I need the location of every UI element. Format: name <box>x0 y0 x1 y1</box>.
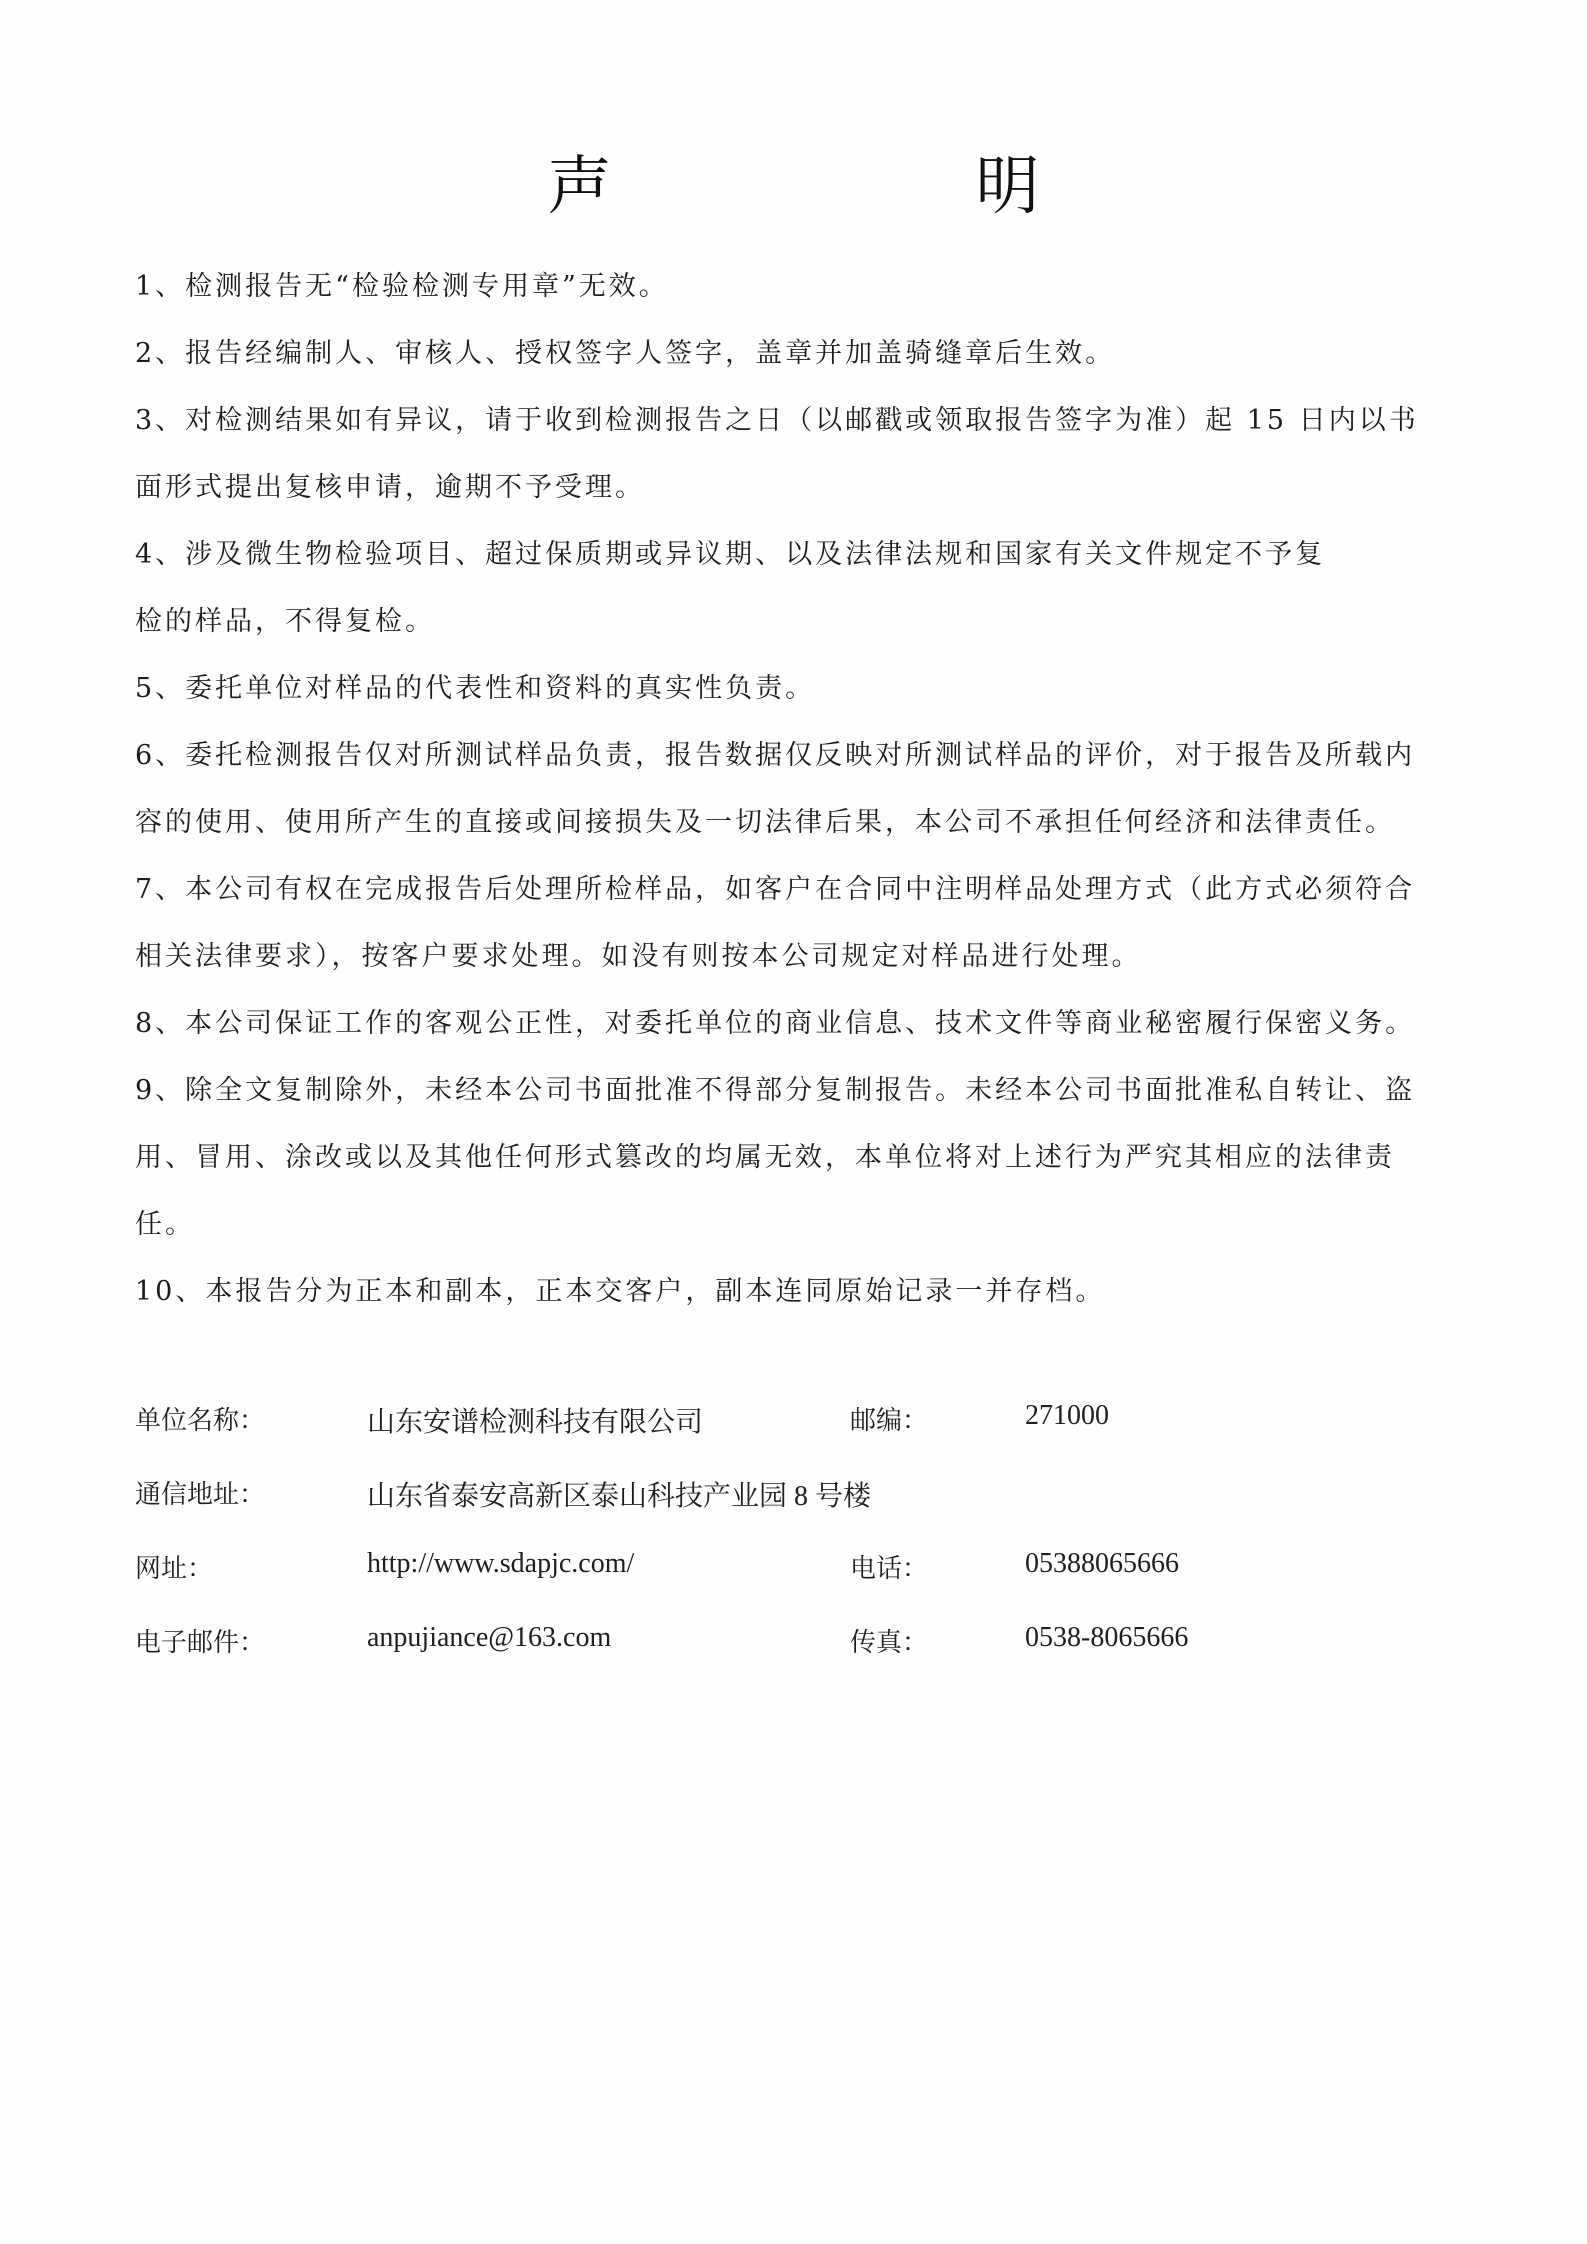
page-title: 声 明 <box>0 135 1587 227</box>
contact-row-company: 单位名称： 山东安谱检测科技有限公司 邮编： 271000 <box>135 1400 1335 1474</box>
clause-line: 6、委托检测报告仅对所测试样品负责，报告数据仅反映对所测试样品的评价，对于报告及… <box>135 731 1515 781</box>
address-label: 通信地址： <box>135 1474 265 1511</box>
clause-6: 6、委托检测报告仅对所测试样品负责，报告数据仅反映对所测试样品的评价，对于报告及… <box>135 731 1515 848</box>
website-label: 网址： <box>135 1548 213 1585</box>
clause-line: 5、委托单位对样品的代表性和资料的真实性负责。 <box>135 664 1515 714</box>
email-value[interactable]: anpujiance@163.com <box>367 1622 611 1654</box>
clause-line: 3、对检测结果如有异议，请于收到检测报告之日（以邮戳或领取报告签字为准）起 15… <box>135 396 1515 446</box>
clause-9: 9、除全文复制除外，未经本公司书面批准不得部分复制报告。未经本公司书面批准私自转… <box>135 1066 1515 1250</box>
clause-line: 2、报告经编制人、审核人、授权签字人签字，盖章并加盖骑缝章后生效。 <box>135 329 1515 379</box>
company-name-label: 单位名称： <box>135 1400 265 1437</box>
clause-line: 1、检测报告无“检验检测专用章”无效。 <box>135 262 1515 312</box>
phone-value: 05388065666 <box>1025 1548 1179 1580</box>
clause-line: 用、冒用、涂改或以及其他任何形式篡改的均属无效，本单位将对上述行为严究其相应的法… <box>135 1133 1515 1183</box>
clause-3: 3、对检测结果如有异议，请于收到检测报告之日（以邮戳或领取报告签字为准）起 15… <box>135 396 1515 513</box>
clause-line: 相关法律要求），按客户要求处理。如没有则按本公司规定对样品进行处理。 <box>135 932 1515 982</box>
clause-line: 10、本报告分为正本和副本，正本交客户，副本连同原始记录一并存档。 <box>135 1267 1515 1317</box>
document-page: 声 明 1、检测报告无“检验检测专用章”无效。 2、报告经编制人、审核人、授权签… <box>0 0 1587 2244</box>
clause-line: 面形式提出复核申请，逾期不予受理。 <box>135 463 1515 513</box>
clause-7: 7、本公司有权在完成报告后处理所检样品，如客户在合同中注明样品处理方式（此方式必… <box>135 865 1515 982</box>
clause-1: 1、检测报告无“检验检测专用章”无效。 <box>135 262 1515 312</box>
email-label: 电子邮件： <box>135 1622 265 1659</box>
website-value[interactable]: http://www.sdapjc.com/ <box>367 1548 634 1580</box>
clause-list: 1、检测报告无“检验检测专用章”无效。 2、报告经编制人、审核人、授权签字人签字… <box>135 262 1515 1334</box>
clause-line: 检的样品，不得复检。 <box>135 597 1515 647</box>
clause-line: 任。 <box>135 1200 1515 1250</box>
postcode-value: 271000 <box>1025 1400 1109 1432</box>
clause-line: 8、本公司保证工作的客观公正性，对委托单位的商业信息、技术文件等商业秘密履行保密… <box>135 999 1515 1049</box>
clause-5: 5、委托单位对样品的代表性和资料的真实性负责。 <box>135 664 1515 714</box>
clause-10: 10、本报告分为正本和副本，正本交客户，副本连同原始记录一并存档。 <box>135 1267 1515 1317</box>
clause-line: 9、除全文复制除外，未经本公司书面批准不得部分复制报告。未经本公司书面批准私自转… <box>135 1066 1515 1116</box>
clause-line: 容的使用、使用所产生的直接或间接损失及一切法律后果，本公司不承担任何经济和法律责… <box>135 798 1515 848</box>
contact-row-address: 通信地址： 山东省泰安高新区泰山科技产业园 8 号楼 <box>135 1474 1335 1548</box>
contact-info: 单位名称： 山东安谱检测科技有限公司 邮编： 271000 通信地址： 山东省泰… <box>135 1400 1335 1696</box>
contact-row-email: 电子邮件： anpujiance@163.com 传真： 0538-806566… <box>135 1622 1335 1696</box>
clause-line: 4、涉及微生物检验项目、超过保质期或异议期、以及法律法规和国家有关文件规定不予复 <box>135 530 1515 580</box>
fax-value: 0538-8065666 <box>1025 1622 1188 1654</box>
company-name-value: 山东安谱检测科技有限公司 <box>367 1400 703 1440</box>
clause-8: 8、本公司保证工作的客观公正性，对委托单位的商业信息、技术文件等商业秘密履行保密… <box>135 999 1515 1049</box>
fax-label: 传真： <box>850 1622 928 1659</box>
contact-row-website: 网址： http://www.sdapjc.com/ 电话： 053880656… <box>135 1548 1335 1622</box>
clause-2: 2、报告经编制人、审核人、授权签字人签字，盖章并加盖骑缝章后生效。 <box>135 329 1515 379</box>
address-value: 山东省泰安高新区泰山科技产业园 8 号楼 <box>367 1474 871 1514</box>
clause-line: 7、本公司有权在完成报告后处理所检样品，如客户在合同中注明样品处理方式（此方式必… <box>135 865 1515 915</box>
postcode-label: 邮编： <box>850 1400 928 1437</box>
phone-label: 电话： <box>850 1548 928 1585</box>
clause-4: 4、涉及微生物检验项目、超过保质期或异议期、以及法律法规和国家有关文件规定不予复… <box>135 530 1515 647</box>
